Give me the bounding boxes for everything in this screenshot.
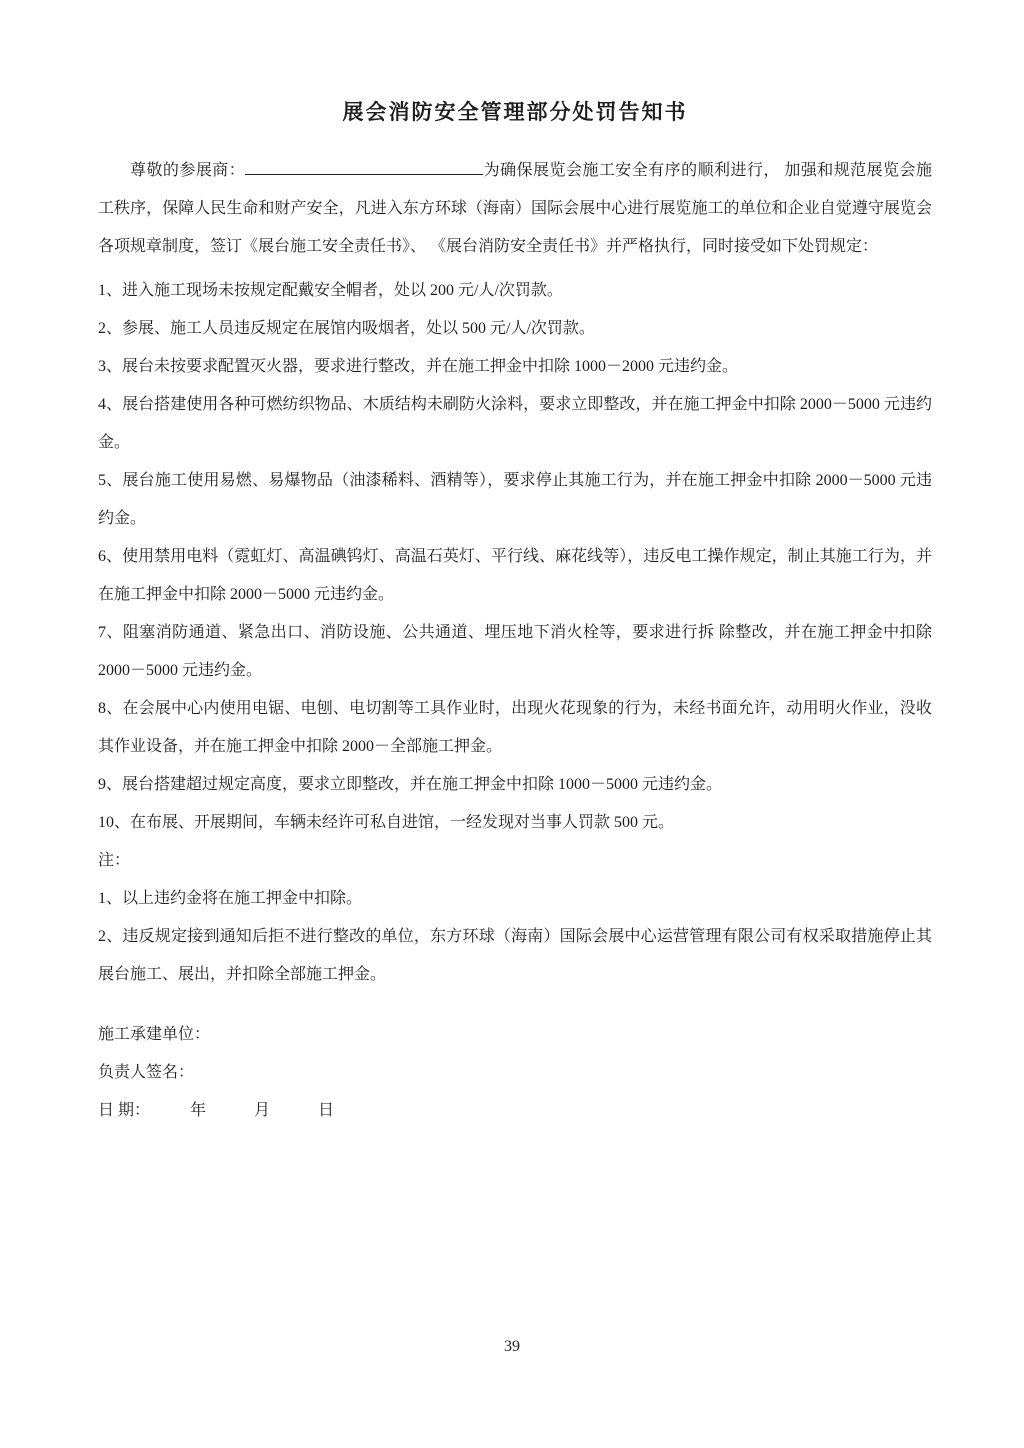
document-body: 尊敬的参展商：为确保展览会施工安全有序的顺利进行， 加强和规范展览会施工秩序，保… — [98, 152, 932, 1130]
penalty-item-4: 4、展台搭建使用各种可燃纺织物品、木质结构未刷防火涂料，要求立即整改，并在施工押… — [98, 386, 932, 462]
penalty-item-6: 6、使用禁用电料（霓虹灯、高温碘钨灯、高温石英灯、平行线、麻花线等），违反电工操… — [98, 538, 932, 614]
notes-label: 注： — [98, 842, 932, 880]
note-item-1: 1、以上违约金将在施工押金中扣除。 — [98, 880, 932, 918]
contractor-line: 施工承建单位： — [98, 1016, 932, 1054]
penalty-item-9: 9、展台搭建超过规定高度，要求立即整改，并在施工押金中扣除 1000－5000 … — [98, 766, 932, 804]
date-line: 日 期： 年 月 日 — [98, 1092, 932, 1130]
notes-section: 注： 1、以上违约金将在施工押金中扣除。 2、违反规定接到通知后拒不进行整改的单… — [98, 842, 932, 994]
note-item-2: 2、违反规定接到通知后拒不进行整改的单位，东方环球（海南）国际会展中心运营管理有… — [98, 918, 932, 994]
signature-block: 施工承建单位： 负责人签名： 日 期： 年 月 日 — [98, 1016, 932, 1130]
signer-line: 负责人签名： — [98, 1054, 932, 1092]
penalty-list: 1、进入施工现场未按规定配戴安全帽者，处以 200 元/人/次罚款。 2、参展、… — [98, 272, 932, 842]
intro-paragraph: 尊敬的参展商：为确保展览会施工安全有序的顺利进行， 加强和规范展览会施工秩序，保… — [98, 152, 932, 266]
document-page: 展会消防安全管理部分处罚告知书 尊敬的参展商：为确保展览会施工安全有序的顺利进行… — [0, 0, 1024, 1448]
penalty-item-1: 1、进入施工现场未按规定配戴安全帽者，处以 200 元/人/次罚款。 — [98, 272, 932, 310]
penalty-item-7: 7、阻塞消防通道、紧急出口、消防设施、公共通道、埋压地下消火栓等，要求进行拆 除… — [98, 614, 932, 690]
page-title: 展会消防安全管理部分处罚告知书 — [98, 96, 932, 126]
penalty-item-10: 10、在布展、开展期间，车辆未经许可私自进馆，一经发现对当事人罚款 500 元。 — [98, 804, 932, 842]
exhibitor-name-blank[interactable] — [245, 160, 483, 175]
penalty-item-2: 2、参展、施工人员违反规定在展馆内吸烟者，处以 500 元/人/次罚款。 — [98, 310, 932, 348]
salutation-label: 尊敬的参展商： — [130, 162, 245, 179]
penalty-item-3: 3、展台未按要求配置灭火器，要求进行整改，并在施工押金中扣除 1000－2000… — [98, 348, 932, 386]
penalty-item-8: 8、在会展中心内使用电锯、电刨、电切割等工具作业时，出现火花现象的行为，未经书面… — [98, 690, 932, 766]
penalty-item-5: 5、展台施工使用易燃、易爆物品（油漆稀料、酒精等），要求停止其施工行为，并在施工… — [98, 462, 932, 538]
page-number: 39 — [0, 1338, 1024, 1356]
